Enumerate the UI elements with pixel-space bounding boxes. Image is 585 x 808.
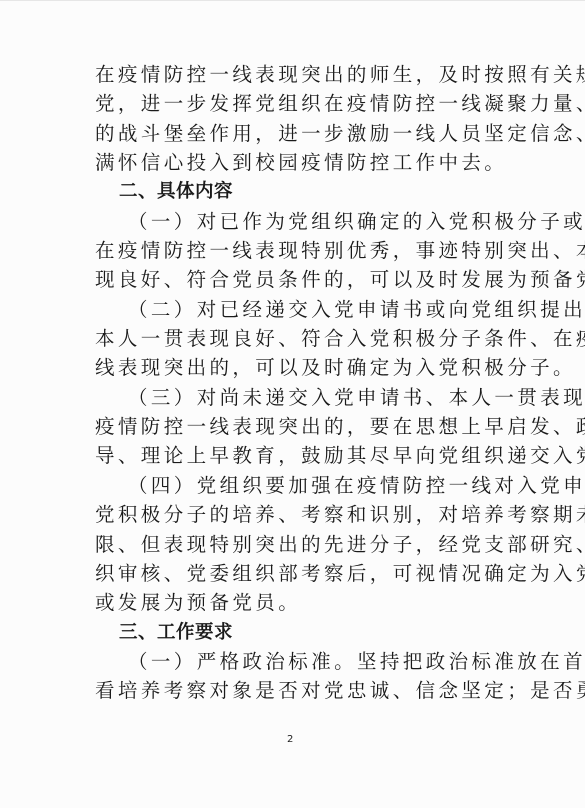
page-number: 2 bbox=[287, 734, 293, 745]
paragraph-line: 本人一贯表现良好、符合入党积极分子条件、在疫情防控一 bbox=[95, 324, 489, 353]
paragraph-line: 党积极分子的培养、考察和识别，对培养考察期未满规定时 bbox=[95, 500, 489, 529]
paragraph-line: （二）对已经递交入党申请书或向党组织提出入党意愿， bbox=[95, 295, 489, 324]
paragraph-line: 满怀信心投入到校园疫情防控工作中去。 bbox=[95, 148, 489, 177]
paragraph-line: （四）党组织要加强在疫情防控一线对入党申请人和入 bbox=[95, 471, 489, 500]
paragraph-line: 导、理论上早教育，鼓励其尽早向党组织递交入党申请书。 bbox=[95, 441, 489, 470]
paragraph-line: 在疫情防控一线表现突出的师生，及时按照有关规定发展入 bbox=[95, 60, 489, 89]
paragraph-line: （三）对尚未递交入党申请书、本人一贯表现良好、在 bbox=[95, 383, 489, 412]
paragraph-line: 疫情防控一线表现突出的，要在思想上早启发、政治上早引 bbox=[95, 412, 489, 441]
paragraph-line: 的战斗堡垒作用，进一步激励一线人员坚定信念、顽强斗争， bbox=[95, 119, 489, 148]
paragraph-line: （一）对已作为党组织确定的入党积极分子或发展对象， bbox=[95, 207, 489, 236]
paragraph-line: 或发展为预备党员。 bbox=[95, 588, 489, 617]
document-page: 在疫情防控一线表现突出的师生，及时按照有关规定发展入 党，进一步发挥党组织在疫情… bbox=[0, 0, 585, 808]
paragraph-line: 在疫情防控一线表现特别优秀，事迹特别突出、本人一贯表 bbox=[95, 236, 489, 265]
document-body: 在疫情防控一线表现突出的师生，及时按照有关规定发展入 党，进一步发挥党组织在疫情… bbox=[95, 60, 489, 706]
paragraph-line: （一）严格政治标准。坚持把政治标准放在首位，重点 bbox=[95, 647, 489, 676]
section-heading: 三、工作要求 bbox=[95, 618, 489, 647]
section-heading: 二、具体内容 bbox=[95, 177, 489, 206]
paragraph-line: 看培养考察对象是否对党忠诚、信念坚定；是否勇挑重担、 bbox=[95, 676, 489, 705]
paragraph-line: 现良好、符合党员条件的，可以及时发展为预备党员。 bbox=[95, 265, 489, 294]
paragraph-line: 党，进一步发挥党组织在疫情防控一线凝聚力量、攻坚克难 bbox=[95, 89, 489, 118]
paragraph-line: 织审核、党委组织部考察后，可视情况确定为入党积极分子 bbox=[95, 559, 489, 588]
paragraph-line: 线表现突出的，可以及时确定为入党积极分子。 bbox=[95, 353, 489, 382]
paragraph-line: 限、但表现特别突出的先进分子，经党支部研究、二级党组 bbox=[95, 530, 489, 559]
